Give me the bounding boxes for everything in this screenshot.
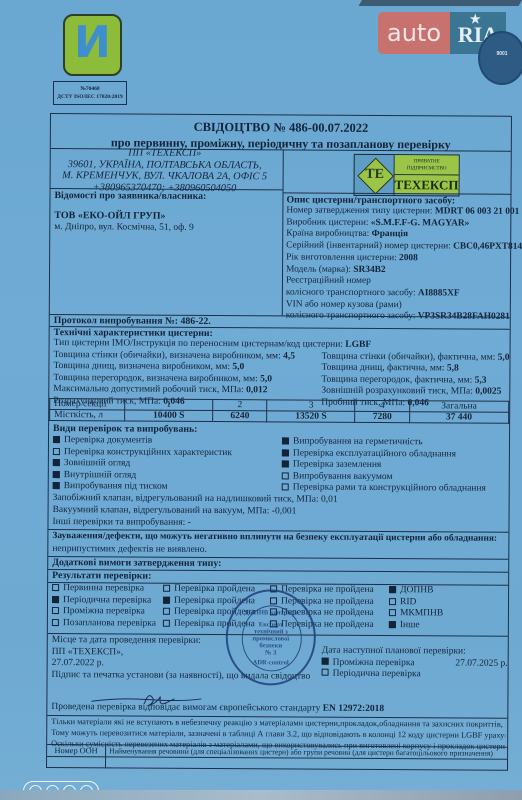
detail-value: 5,0 <box>232 362 244 372</box>
standard-compliance: Проведена перевірка відповідає вимогам є… <box>51 702 384 716</box>
applicant-heading: Відомості про заявника/власника: <box>54 190 280 202</box>
tank-details-list: Номер затвердження типу цистерни: MDRT 0… <box>286 205 511 323</box>
checkbox-label: Проміжна перевірка <box>63 606 145 617</box>
accreditation-box: №70468 ДСТУ ISO/IEC 17020:2019 <box>53 81 127 105</box>
checkbox-label: RID <box>400 597 416 607</box>
checkbox-item: Інше <box>389 620 508 632</box>
checkbox-icon <box>53 436 60 443</box>
applicant-address: м. Дніпро, вул. Космічна, 51, оф. 9 <box>54 222 280 235</box>
photo-bottom-edge <box>0 790 522 800</box>
defects-heading: Зауваження/дефекти, що можуть негативно … <box>52 531 497 544</box>
detail-label: Номер затвердження типу цистерни: <box>286 205 435 216</box>
checkbox-icon <box>53 471 60 478</box>
checkbox-icon <box>389 621 396 628</box>
checkbox-icon <box>52 584 59 591</box>
checkbox-label: Перевірка експлуатаційного обладнання <box>293 448 456 459</box>
checkbox-icon <box>322 657 329 664</box>
checkbox-item: Проміжна перевірка <box>52 606 163 618</box>
checkbox-label: Випробування вакуумом <box>293 471 393 482</box>
checkbox-icon <box>52 596 59 603</box>
detail-value: 2008 <box>399 253 418 263</box>
detail-value: 0,0025 <box>475 387 501 397</box>
checkbox-label: МКМПНВ <box>400 608 443 618</box>
checkbox-label: Перевірка документів <box>64 435 152 446</box>
detail-label: Рік виготовлення цистерни: <box>286 252 399 263</box>
applicant-section: Відомості про заявника/власника: ТОВ «ЕК… <box>54 190 280 235</box>
detail-label: Товщина стінки (обичайки), фактична, мм: <box>322 351 498 362</box>
checkbox-label: Періодична перевірка <box>63 595 151 606</box>
checkbox-icon <box>163 596 170 603</box>
detail-label: VIN або номер кузова (рами) <box>286 299 402 310</box>
checkbox-icon <box>282 461 289 468</box>
checkbox-label: Випробування під тиском <box>64 481 168 492</box>
detail-label: Зовнішній розрахунковий тиск, МПа: <box>321 386 475 397</box>
checkbox-icon <box>53 482 60 489</box>
autoria-auto-label: auto <box>378 12 450 54</box>
vacuum-valve-setting: Вакуумний клапан, відрегульований на вак… <box>53 505 297 518</box>
texeksp-logo-name: ТЕХЕКСП <box>394 175 458 194</box>
texeksp-diamond-icon: ТЕ <box>355 155 394 195</box>
certificate-frame: СВІДОЦТВО № 486-00.07.2022 про первинну,… <box>46 113 512 771</box>
checkbox-icon <box>53 448 60 455</box>
checkbox-label: Випробування на герметичність <box>293 436 423 447</box>
checkbox-label: Зовнішній огляд <box>64 458 130 468</box>
detail-value: CBC0,46PXT81474 <box>453 242 522 252</box>
other-tests: Інші перевірки та випробування: - <box>52 517 190 529</box>
checkbox-icon <box>389 609 396 616</box>
tests-heading: Види перевірок та випробувань: <box>53 423 197 435</box>
checkbox-icon <box>282 472 289 479</box>
detail-value: 4,5 <box>283 351 295 361</box>
checkbox-label: Періодична перевірка <box>333 669 421 681</box>
detail-label: Товщина днищ, визначена виробником, мм: <box>53 361 232 372</box>
checkbox-icon <box>163 585 170 592</box>
photo-shadow <box>359 0 522 6</box>
detail-label: Виробник цистерни: <box>286 217 371 228</box>
applicant-name: ТОВ «ЕКО-ОЙЛ ГРУП» <box>54 210 280 223</box>
detail-label: Товщина перегородок, визначена виробнико… <box>53 373 260 384</box>
sections-capacity-table: Номер секції 1 2 3 4 Загальна Місткість,… <box>49 398 509 424</box>
checkbox-icon <box>163 608 170 615</box>
accreditation-number: №70468 <box>54 85 126 93</box>
checkbox-item: МКМПНВ <box>389 608 508 620</box>
checkbox-label: Позапланова перевірка <box>63 618 156 629</box>
detail-label: Максимально допустимий робочий тиск, МПа… <box>53 384 246 395</box>
issuer-address-2: М. КРЕМЕНЧУК, ВУЛ. ЧКАЛОВА 2А, ОФІС 5 <box>51 170 279 183</box>
checkbox-icon <box>389 598 396 605</box>
detail-value: 5,3 <box>475 375 487 385</box>
checkbox-label: Перевірка конструкційних характеристик <box>64 447 232 458</box>
detail-value: Франція <box>372 229 408 239</box>
detail-value: AI8885XF <box>418 288 460 298</box>
detail-value: MDRT 06 003 21 001 <box>435 206 519 217</box>
next-check-date: 27.07.2025 р. <box>455 658 507 670</box>
detail-value: 5,8 <box>447 364 459 374</box>
checkbox-icon <box>322 669 329 676</box>
official-stamp: ДОПНВ контроль Експерт технічний з проми… <box>226 589 317 686</box>
detail-value: «S.M.F.F-G. MAGYAR» <box>371 218 470 229</box>
detail-value: 5,0 <box>498 352 510 362</box>
detail-value: 0,012 <box>246 386 267 396</box>
tank-section: Опис цистерни/транспортного засобу: Номе… <box>286 194 511 323</box>
certificate-title: СВІДОЦТВО № 486-00.07.2022 <box>51 119 511 137</box>
checkbox-label: Первинна перевірка <box>63 583 144 593</box>
checkbox-label: Перевірка заземлення <box>293 460 381 471</box>
checkbox-label: Перевірка пройдена <box>174 584 255 594</box>
detail-label: колісного транспортного засобу: <box>286 287 418 298</box>
defects-text: неприпустимих дефектів не виявлено. <box>52 544 207 557</box>
next-check-section: Дата наступної планової перевірки: Промі… <box>322 646 508 682</box>
detail-label: Товщина днищ, фактична, мм: <box>321 363 446 374</box>
checkbox-icon <box>282 437 289 444</box>
detail-value: SR34B2 <box>353 264 385 274</box>
checkbox-item: Періодична перевірка <box>52 595 163 607</box>
checkbox-item: RID <box>389 597 508 609</box>
divider <box>282 149 284 315</box>
checkbox-icon <box>52 607 59 614</box>
checkbox-label: Внутрішній огляд <box>64 470 136 480</box>
checkbox-item: Первинна перевірка <box>52 583 163 595</box>
accreditation-logo: И <box>63 14 122 76</box>
tests-checklist: Перевірка документівВипробування на герм… <box>53 435 509 496</box>
checkbox-label: Перевірка не пройдена <box>281 584 374 595</box>
checkbox-icon <box>163 619 170 626</box>
accreditation-logo-glyph: И <box>74 21 110 65</box>
checkbox-label: Інше <box>400 620 420 630</box>
checkbox-label: ДОПНВ <box>400 585 433 595</box>
detail-label: Країна виробництва: <box>286 229 371 240</box>
document-photo: И №70468 ДСТУ ISO/IEC 17020:2019 auto ★ … <box>0 0 522 800</box>
checkbox-label: Проміжна перевірка <box>333 657 415 669</box>
detail-value: 5,0 <box>260 374 272 384</box>
checkbox-item: Позапланова перевірка <box>52 618 163 630</box>
checkbox-item: Періодична перевірка <box>322 669 508 682</box>
checkbox-icon <box>282 449 289 456</box>
star-icon: ★ <box>470 0 481 42</box>
checkbox-icon <box>52 619 59 626</box>
texeksp-logo: ТЕ ПРИВАТНЕ ПІДПРИЄМСТВО ТЕХЕКСП <box>353 154 459 197</box>
divider <box>105 756 106 768</box>
checkbox-icon <box>282 484 289 491</box>
detail-label: Серійний (інвентарний) номер цистерни: <box>286 241 453 252</box>
detail-label: Товщина перегородок, фактична, мм: <box>321 374 474 385</box>
checkbox-icon <box>53 459 60 466</box>
iso-seal-badge: 9001 <box>478 31 522 85</box>
accreditation-standard: ДСТУ ISO/IEC 17020:2019 <box>54 93 126 101</box>
results-heading: Результати перевірки: <box>52 570 151 582</box>
capacity-row: Місткість, л 10400 S 6240 13520 S 7280 3… <box>50 410 509 424</box>
checkbox-label: Перевірка рами та конструкційного обладн… <box>293 483 486 494</box>
checkbox-icon <box>389 586 396 593</box>
detail-label: Реєстраційний номер <box>286 276 371 287</box>
texeksp-logo-subtitle: ПРИВАТНЕ ПІДПРИЄМСТВО <box>395 155 459 175</box>
extra-requirements-heading: Додаткові вимоги затвердження типу: <box>52 557 221 569</box>
detail-label: Товщина стінки (обичайки), визначена вир… <box>53 350 283 361</box>
checkbox-item: ДОПНВ <box>389 585 508 597</box>
detail-label: Модель (марка): <box>286 264 353 274</box>
